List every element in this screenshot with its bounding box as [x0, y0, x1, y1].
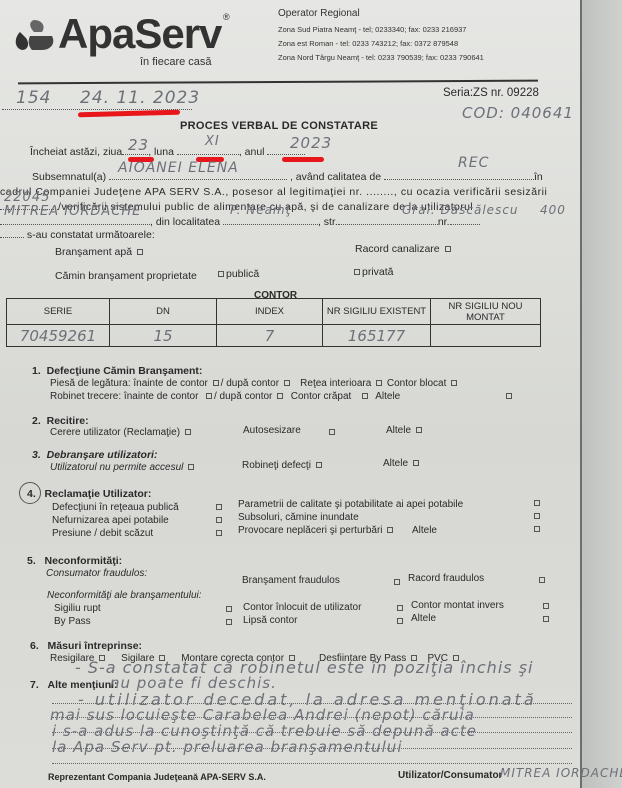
internal-network-label: Reţea interioara: [300, 378, 371, 389]
section-3-other-label: Altele: [383, 458, 408, 469]
intro-line-6: s-au constatat următoarele:: [0, 229, 155, 241]
section-6-label: Măsuri întreprinse:: [48, 640, 143, 652]
background-surface: [582, 0, 622, 788]
bypass-checkbox[interactable]: [226, 619, 232, 625]
internal-network-checkbox[interactable]: [376, 380, 382, 386]
defective-valves-option[interactable]: Robineţi defecţi: [242, 460, 324, 471]
section-2-number: 2.: [32, 415, 41, 427]
section-4-other-checkbox[interactable]: [534, 526, 540, 532]
registered-mark: ®: [223, 12, 230, 22]
zone-north: Zona Nord Târgu Neamţ - tel: 0233 790539…: [278, 53, 484, 62]
section-2-title: 2. Recitire:: [32, 415, 89, 427]
public-checkbox[interactable]: [218, 271, 224, 277]
section-2-other-option[interactable]: Altele: [386, 425, 424, 436]
section-3-other-checkbox[interactable]: [413, 460, 419, 466]
section-2-other-checkbox[interactable]: [416, 427, 422, 433]
capacity-value: REC: [458, 155, 489, 171]
inverted-meter-checkbox[interactable]: [543, 603, 549, 609]
no-access-label: Utilizatorul nu permite accesul: [50, 462, 183, 473]
locality-value: P. Neamţ: [230, 203, 291, 217]
street-field: [338, 224, 438, 225]
fraudulent-connection-label: Racord fraudulos: [408, 573, 484, 584]
water-quality-label: Parametrii de calitate şi potabilitate a…: [238, 498, 463, 511]
fraudulent-branch-label: Branşament fraudulos: [242, 575, 340, 586]
section-5-number: 5.: [27, 555, 36, 567]
section-1-row-2: Robinet trecere: înainte de contor / dup…: [50, 391, 400, 402]
branch-nonconformities-label: Neconformităţi ale branşamentului:: [47, 590, 202, 601]
water-branch-checkbox[interactable]: [137, 249, 143, 255]
water-branch-label: Branşament apă: [55, 246, 132, 258]
month-field: [177, 154, 239, 155]
low-pressure-checkbox[interactable]: [216, 530, 222, 536]
cod-number: COD: 040641: [462, 104, 574, 122]
disturbance-checkbox[interactable]: [387, 527, 393, 533]
water-quality-checkbox[interactable]: [534, 500, 540, 506]
registration-number: 154: [16, 88, 51, 108]
fraudulent-consumer-label: Consumator fraudulos:: [46, 568, 147, 579]
observations-label: s-au constatat următoarele:: [27, 229, 155, 241]
section-4-right-column: Parametrii de calitate şi potabilitate a…: [238, 498, 463, 537]
concluded-label: Încheiat astăzi, ziua: [30, 146, 122, 158]
section-5-other-checkbox[interactable]: [543, 616, 549, 622]
col-dn: DN: [110, 299, 217, 325]
flooded-basements-label: Subsoluri, cămine inundate: [238, 511, 463, 524]
logo-text: ApaServ: [58, 10, 221, 58]
self-report-option[interactable]: Autosesizare: [243, 425, 301, 436]
serie-value[interactable]: 70459261: [7, 325, 110, 347]
manhole-owner-label: Cămin branşament proprietate: [55, 270, 197, 282]
bypass-label: By Pass: [54, 615, 101, 628]
section-5-col-1: Sigiliu rupt By Pass: [54, 602, 101, 628]
street-label: , str.: [318, 216, 338, 228]
user-request-checkbox[interactable]: [185, 429, 191, 435]
page-title: PROCES VERBAL DE CONSTATARE: [180, 120, 378, 132]
sewer-connection-option[interactable]: Racord canalizare: [355, 243, 453, 255]
col-new-seal: NR SIGILIU NOU MONTAT: [431, 299, 541, 325]
section-1-other-label: Altele: [375, 391, 400, 402]
consumer-signature: MITREA IORDACHE: [500, 766, 622, 780]
intro-line-1: Încheiat astăzi, ziua, luna , anul: [30, 146, 305, 158]
capacity-label: , având calitatea de: [290, 171, 381, 183]
section-5-label: Neconformităţi:: [45, 555, 123, 567]
day-field: [122, 154, 148, 155]
undersigned-label: Subsemnatul(a): [32, 171, 106, 183]
meter-replaced-label: Contor înlocuit de utilizator: [243, 601, 361, 614]
valve-after-checkbox[interactable]: [277, 393, 283, 399]
private-label: privată: [362, 266, 394, 278]
user-field: [0, 224, 150, 225]
intro-line-3: cadrul Companiei Judeţene APA SERV S.A.,…: [0, 186, 547, 198]
consumer-label: Utilizator/Consumator: [398, 770, 502, 781]
private-checkbox[interactable]: [354, 269, 360, 275]
zone-east: Zona est Roman - tel: 0233 743212; fax: …: [278, 39, 458, 48]
month-value: XI: [205, 134, 220, 149]
year-label: , anul: [239, 146, 265, 158]
cracked-meter-label: Contor crăpat: [291, 391, 352, 402]
reread-user-request-option[interactable]: Cerere utilizator (Reclamaţie): [50, 427, 193, 438]
section-1-other-checkbox[interactable]: [506, 393, 512, 399]
user-value: MITREA IORDACHE: [4, 204, 141, 219]
locality-field: [223, 224, 318, 225]
section-6-number: 6.: [30, 640, 39, 652]
year-value: 2023: [290, 134, 332, 152]
no-access-checkbox[interactable]: [188, 464, 194, 470]
fraudulent-branch-checkbox[interactable]: [394, 579, 400, 585]
series-number: Seria:ZS nr. 09228: [443, 87, 539, 99]
logo-tagline: în fiecare casă: [140, 56, 212, 68]
fitting-before-meter-label: Piesă de legătura: înainte de contor: [50, 378, 208, 389]
section-4-left-column: Defecţiuni în reţeaua publică Nefurnizar…: [52, 501, 179, 540]
nr-label: nr.: [438, 216, 450, 228]
public-option[interactable]: publică: [216, 268, 259, 280]
table-row: 70459261 15 7 165177: [7, 325, 541, 347]
no-access-option[interactable]: Utilizatorul nu permite accesul: [50, 462, 196, 473]
section-2-label: Recitire:: [47, 415, 89, 427]
operator-title: Operator Regional: [278, 8, 360, 19]
undersigned-field: [109, 179, 287, 180]
section-5-other-label: Altele: [411, 612, 504, 625]
section-5-col-3: Contor montat invers Altele: [411, 599, 504, 625]
valve-before-checkbox[interactable]: [206, 393, 212, 399]
section-7-number: 7.: [30, 679, 39, 691]
self-report-label: Autosesizare: [243, 425, 301, 436]
low-pressure-label: Presiune / debit scăzut: [52, 527, 179, 540]
section-4-other-label: Altele: [412, 525, 437, 536]
section-3-number: 3.: [32, 449, 41, 461]
missing-meter-checkbox[interactable]: [397, 618, 403, 624]
water-branch-option[interactable]: Branşament apă: [55, 246, 145, 258]
col-serie: SERIE: [7, 299, 110, 325]
disturbance-label: Provocare neplăceri şi perturbări: [238, 525, 383, 536]
existing-seal-value[interactable]: 165177: [323, 325, 431, 347]
undersigned-value: AIOANEI ELENA: [118, 160, 239, 176]
registration-date: 24. 11. 2023: [80, 88, 200, 108]
nr-field: [450, 224, 480, 225]
section-6-title: 6. Măsuri întreprinse:: [30, 640, 142, 652]
inverted-meter-label: Contor montat invers: [411, 599, 504, 612]
fitting-after-meter-label: / după contor: [221, 378, 279, 389]
section-3-title: 3. Debranşare utilizatori:: [32, 449, 157, 461]
sewer-connection-checkbox[interactable]: [445, 246, 451, 252]
flooded-basements-checkbox[interactable]: [534, 513, 540, 519]
section-4-number: 4.: [27, 488, 36, 500]
blank-field: [0, 237, 24, 238]
private-option[interactable]: privată: [352, 266, 394, 278]
notes-handwritten-6: la Apa Serv pt. preluarea branşamentului: [52, 738, 402, 756]
logo-icon: [12, 18, 56, 59]
year-field: [267, 154, 305, 155]
sesizare-value: 22045: [4, 190, 50, 205]
section-5-col-2: Contor înlocuit de utilizator Lipsă cont…: [243, 601, 361, 627]
zone-south: Zona Sud Piatra Neamţ - tel; 0233340; fa…: [278, 25, 466, 34]
intro-line-2: Subsemnatul(a) , având calitatea de în: [32, 171, 543, 183]
defective-valves-label: Robineţi defecţi: [242, 460, 311, 471]
sewer-connection-label: Racord canalizare: [355, 243, 440, 255]
missing-meter-label: Lipsă contor: [243, 614, 361, 627]
fitting-before-checkbox[interactable]: [213, 380, 219, 386]
section-3-other-option[interactable]: Altele: [383, 458, 421, 469]
meter-blocked-label: Contor blocat: [387, 378, 446, 389]
meter-blocked-checkbox[interactable]: [451, 380, 457, 386]
no-water-supply-checkbox[interactable]: [216, 517, 222, 523]
new-seal-value[interactable]: [431, 325, 541, 347]
section-5-title: 5. Neconformităţi:: [27, 555, 122, 567]
section-1-number: 1.: [32, 365, 41, 377]
self-report-checkbox[interactable]: [329, 429, 335, 435]
section-2-other-label: Altele: [386, 425, 411, 436]
fraudulent-connection-checkbox[interactable]: [539, 577, 545, 583]
section-4-label: Reclamaţie Utilizator:: [45, 488, 152, 500]
capacity-field: [384, 179, 534, 180]
notes-line: [52, 763, 572, 764]
red-underline-year: [282, 157, 324, 162]
meter-replaced-checkbox[interactable]: [397, 605, 403, 611]
broken-seal-label: Sigiliu rupt: [54, 602, 101, 615]
section-4-title: 4. Reclamaţie Utilizator:: [27, 488, 151, 500]
section-3-label: Debranşare utilizatori:: [47, 449, 158, 461]
no-water-supply-label: Nefurnizarea apei potabile: [52, 514, 179, 527]
locality-label: , din localitatea: [150, 216, 220, 228]
street-value: Gral. Dăscălescu: [402, 203, 519, 217]
fitting-after-checkbox[interactable]: [284, 380, 290, 386]
col-existing-seal: NR SIGILIU EXISTENT: [323, 299, 431, 325]
section-1-title: 1. Defecţiune Cămin Branşament:: [32, 365, 202, 377]
nr-value: 400: [540, 203, 566, 217]
public-network-defects-label: Defecţiuni în reţeaua publică: [52, 501, 179, 514]
defective-valves-checkbox[interactable]: [316, 462, 322, 468]
valve-after-meter-label: / după contor: [214, 391, 272, 402]
in-label: în: [534, 171, 543, 183]
valve-before-meter-label: Robinet trecere: înainte de contor: [50, 391, 198, 402]
contor-table: SERIE DN INDEX NR SIGILIU EXISTENT NR SI…: [6, 298, 541, 347]
public-network-defects-checkbox[interactable]: [216, 504, 222, 510]
section-1-row-1: Piesă de legătura: înainte de contor / d…: [50, 378, 459, 389]
dn-value[interactable]: 15: [110, 325, 217, 347]
representative-label: Reprezentant Compania Judeţeană APA-SERV…: [48, 772, 266, 782]
broken-seal-checkbox[interactable]: [226, 606, 232, 612]
day-value: 23: [128, 136, 149, 154]
col-index: INDEX: [217, 299, 323, 325]
index-value[interactable]: 7: [217, 325, 323, 347]
cracked-meter-checkbox[interactable]: [362, 393, 368, 399]
public-label: publică: [226, 268, 259, 280]
section-1-label: Defecţiune Cămin Branşament:: [47, 365, 203, 377]
user-request-label: Cerere utilizator (Reclamaţie): [50, 427, 180, 438]
